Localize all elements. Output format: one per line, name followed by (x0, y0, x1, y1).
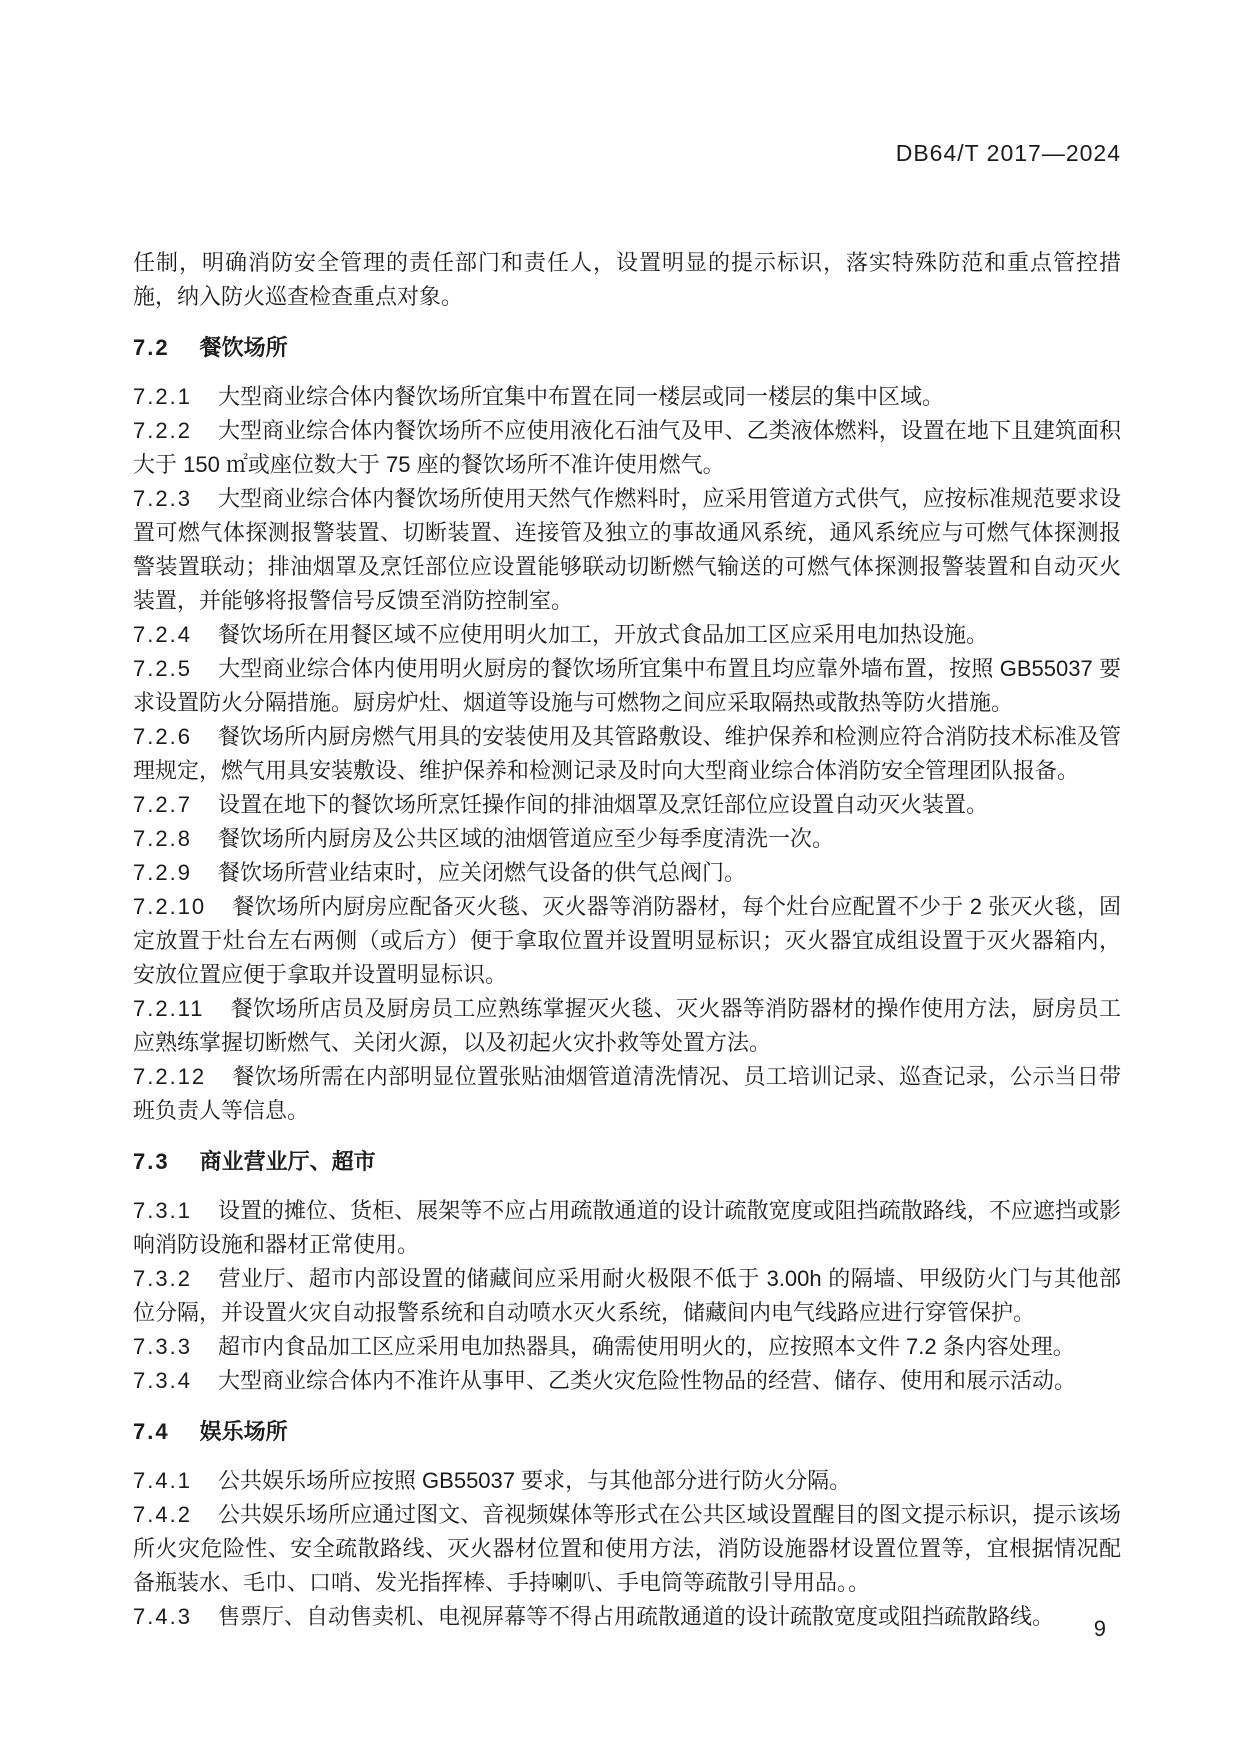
section-heading-7-2: 7.2餐饮场所 (133, 331, 1121, 365)
clause-text: 餐饮场所需在内部明显位置张贴油烟管道清洗情况、员工培训记录、巡查记录，公示当日带… (133, 1064, 1121, 1123)
clause-7-4-3: 7.4.3售票厅、自动售卖机、电视屏幕等不得占用疏散通道的设计疏散宽度或阻挡疏散… (133, 1600, 1121, 1634)
clause-number: 7.2.12 (133, 1064, 206, 1089)
clause-number: 7.4.2 (133, 1502, 192, 1527)
document-content: 任制，明确消防安全管理的责任部门和责任人，设置明显的提示标识，落实特殊防范和重点… (133, 246, 1121, 1634)
clause-number: 7.4.1 (133, 1468, 192, 1493)
clause-7-2-2: 7.2.2大型商业综合体内餐饮场所不应使用液化石油气及甲、乙类液体燃料，设置在地… (133, 414, 1121, 482)
clause-number: 7.4.3 (133, 1604, 192, 1629)
clause-text: 大型商业综合体内餐饮场所宜集中布置在同一楼层或同一楼层的集中区域。 (218, 384, 944, 409)
clause-7-2-8: 7.2.8餐饮场所内厨房及公共区域的油烟管道应至少每季度清洗一次。 (133, 822, 1121, 856)
clause-text: 设置在地下的餐饮场所烹饪操作间的排油烟罩及烹饪部位应设置自动灭火装置。 (218, 792, 988, 817)
section-number: 7.2 (133, 335, 170, 360)
clause-text: 大型商业综合体内餐饮场所不应使用液化石油气及甲、乙类液体燃料，设置在地下且建筑面… (133, 418, 1121, 477)
section-heading-7-4: 7.4娱乐场所 (133, 1415, 1121, 1449)
section-title: 娱乐场所 (200, 1419, 288, 1444)
clause-text: 餐饮场所内厨房应配备灭火毯、灭火器等消防器材，每个灶台应配置不少于 2 张灭火毯… (133, 894, 1121, 987)
clause-number: 7.3.3 (133, 1334, 192, 1359)
clause-number: 7.2.11 (133, 996, 205, 1021)
clause-number: 7.2.10 (133, 894, 206, 919)
clause-7-2-6: 7.2.6餐饮场所内厨房燃气用具的安装使用及其管路敷设、维护保养和检测应符合消防… (133, 720, 1121, 788)
clause-text: 大型商业综合体内使用明火厨房的餐饮场所宜集中布置且均应靠外墙布置，按照 GB55… (133, 656, 1121, 715)
clause-text: 餐饮场所在用餐区域不应使用明火加工，开放式食品加工区应采用电加热设施。 (218, 622, 988, 647)
clause-7-3-3: 7.3.3超市内食品加工区应采用电加热器具，确需使用明火的，应按照本文件 7.2… (133, 1330, 1121, 1364)
clause-number: 7.2.5 (133, 656, 192, 681)
clause-number: 7.2.8 (133, 826, 192, 851)
clause-text: 餐饮场所营业结束时，应关闭燃气设备的供气总阀门。 (218, 860, 746, 885)
clause-text: 营业厅、超市内部设置的储藏间应采用耐火极限不低于 3.00h 的隔墙、甲级防火门… (133, 1266, 1121, 1325)
clause-7-2-5: 7.2.5大型商业综合体内使用明火厨房的餐饮场所宜集中布置且均应靠外墙布置，按照… (133, 652, 1121, 720)
page-number: 9 (1094, 1616, 1106, 1642)
clause-7-3-4: 7.3.4大型商业综合体内不准许从事甲、乙类火灾危险性物品的经营、储存、使用和展… (133, 1364, 1121, 1398)
clause-number: 7.3.2 (133, 1266, 192, 1291)
clause-text: 餐饮场所内厨房及公共区域的油烟管道应至少每季度清洗一次。 (218, 826, 834, 851)
clause-7-2-3: 7.2.3大型商业综合体内餐饮场所使用天然气作燃料时，应采用管道方式供气，应按标… (133, 482, 1121, 618)
intro-paragraph: 任制，明确消防安全管理的责任部门和责任人，设置明显的提示标识，落实特殊防范和重点… (133, 246, 1121, 314)
clause-7-3-2: 7.3.2营业厅、超市内部设置的储藏间应采用耐火极限不低于 3.00h 的隔墙、… (133, 1262, 1121, 1330)
clause-number: 7.2.4 (133, 622, 192, 647)
clause-7-3-1: 7.3.1设置的摊位、货柜、展架等不应占用疏散通道的设计疏散宽度或阻挡疏散路线，… (133, 1194, 1121, 1262)
section-number: 7.4 (133, 1419, 170, 1444)
section-title: 商业营业厅、超市 (200, 1149, 376, 1174)
clause-number: 7.2.9 (133, 860, 192, 885)
clause-7-4-1: 7.4.1公共娱乐场所应按照 GB55037 要求，与其他部分进行防火分隔。 (133, 1464, 1121, 1498)
clause-number: 7.2.1 (133, 384, 192, 409)
doc-standard-code: DB64/T 2017—2024 (133, 140, 1121, 167)
clause-7-2-9: 7.2.9餐饮场所营业结束时，应关闭燃气设备的供气总阀门。 (133, 856, 1121, 890)
clause-7-2-11: 7.2.11餐饮场所店员及厨房员工应熟练掌握灭火毯、灭火器等消防器材的操作使用方… (133, 992, 1121, 1060)
clause-number: 7.3.4 (133, 1368, 192, 1393)
section-title: 餐饮场所 (200, 335, 288, 360)
clause-7-2-7: 7.2.7设置在地下的餐饮场所烹饪操作间的排油烟罩及烹饪部位应设置自动灭火装置。 (133, 788, 1121, 822)
clause-7-2-4: 7.2.4餐饮场所在用餐区域不应使用明火加工，开放式食品加工区应采用电加热设施。 (133, 618, 1121, 652)
clause-number: 7.2.6 (133, 724, 192, 749)
clause-number: 7.2.3 (133, 486, 192, 511)
clause-text: 超市内食品加工区应采用电加热器具，确需使用明火的，应按照本文件 7.2 条内容处… (218, 1334, 1075, 1359)
clause-text: 大型商业综合体内餐饮场所使用天然气作燃料时，应采用管道方式供气，应按标准规范要求… (133, 486, 1121, 613)
section-number: 7.3 (133, 1149, 170, 1174)
clause-7-2-10: 7.2.10餐饮场所内厨房应配备灭火毯、灭火器等消防器材，每个灶台应配置不少于 … (133, 890, 1121, 992)
clause-text: 餐饮场所店员及厨房员工应熟练掌握灭火毯、灭火器等消防器材的操作使用方法，厨房员工… (133, 996, 1121, 1055)
clause-7-2-12: 7.2.12餐饮场所需在内部明显位置张贴油烟管道清洗情况、员工培训记录、巡查记录… (133, 1060, 1121, 1128)
section-heading-7-3: 7.3商业营业厅、超市 (133, 1145, 1121, 1179)
clause-number: 7.3.1 (133, 1198, 192, 1223)
document-page: DB64/T 2017—2024 任制，明确消防安全管理的责任部门和责任人，设置… (0, 0, 1241, 1755)
clause-text: 公共娱乐场所应按照 GB55037 要求，与其他部分进行防火分隔。 (218, 1468, 851, 1493)
clause-number: 7.2.7 (133, 792, 192, 817)
clause-text: 大型商业综合体内不准许从事甲、乙类火灾危险性物品的经营、储存、使用和展示活动。 (218, 1368, 1076, 1393)
clause-text: 公共娱乐场所应通过图文、音视频媒体等形式在公共区域设置醒目的图文提示标识，提示该… (133, 1502, 1121, 1595)
clause-text: 餐饮场所内厨房燃气用具的安装使用及其管路敷设、维护保养和检测应符合消防技术标准及… (133, 724, 1121, 783)
clause-number: 7.2.2 (133, 418, 192, 443)
clause-7-4-2: 7.4.2公共娱乐场所应通过图文、音视频媒体等形式在公共区域设置醒目的图文提示标… (133, 1498, 1121, 1600)
clause-text: 售票厅、自动售卖机、电视屏幕等不得占用疏散通道的设计疏散宽度或阻挡疏散路线。 (218, 1604, 1054, 1629)
clause-text: 设置的摊位、货柜、展架等不应占用疏散通道的设计疏散宽度或阻挡疏散路线，不应遮挡或… (133, 1198, 1121, 1257)
clause-7-2-1: 7.2.1大型商业综合体内餐饮场所宜集中布置在同一楼层或同一楼层的集中区域。 (133, 380, 1121, 414)
